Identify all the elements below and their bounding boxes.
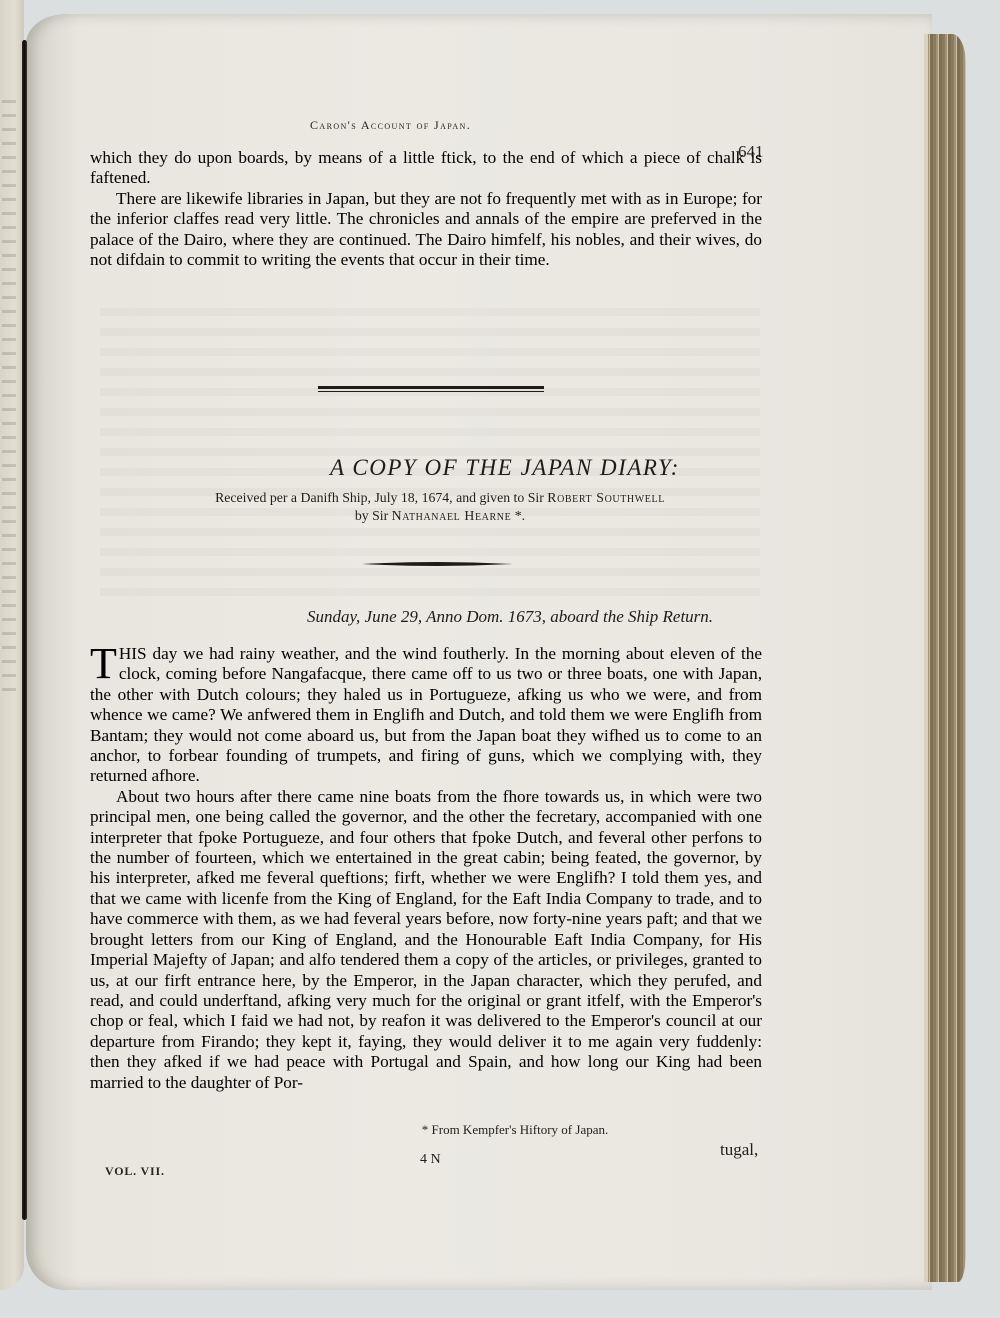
footnote: * From Kempfer's Hiftory of Japan. [0,1122,1000,1138]
paragraph-text: HIS day we had rainy weather, and the wi… [90,644,762,785]
subtitle-text: by Sir [355,508,392,523]
paragraph: There are likewife libraries in Japan, b… [90,189,762,271]
paragraph: About two hours after there came nine bo… [90,787,762,1093]
subtitle-name: Nathanael Hearne [392,508,512,523]
subtitle-text: Received per a Danifh Ship, July 18, 167… [215,490,547,505]
running-head: Caron's Account of Japan. [310,118,471,133]
drop-cap: T [90,646,117,682]
page-block-fore-edge [924,34,966,1282]
diary-date-heading: Sunday, June 29, Anno Dom. 1673, aboard … [0,607,1000,627]
facing-page-edge [0,0,24,1290]
section-divider-rule [318,386,544,393]
paragraph: THIS day we had rainy weather, and the w… [90,644,762,787]
swelled-rule-ornament [362,561,512,567]
diary-body: THIS day we had rainy weather, and the w… [90,644,762,1093]
catchword: tugal, [720,1140,758,1160]
section-subtitle: Received per a Danifh Ship, July 18, 167… [130,489,750,525]
subtitle-name: Robert Southwell [547,490,665,505]
section-title: A COPY OF THE JAPAN DIARY: [0,455,1000,481]
book-gutter [22,40,27,1220]
paragraph: which they do upon boards, by means of a… [90,148,762,189]
printer-signature: 4 N [420,1152,441,1168]
volume-label: VOL. VII. [105,1164,165,1179]
continued-section: which they do upon boards, by means of a… [90,148,762,270]
footnote-mark: *. [511,508,525,523]
